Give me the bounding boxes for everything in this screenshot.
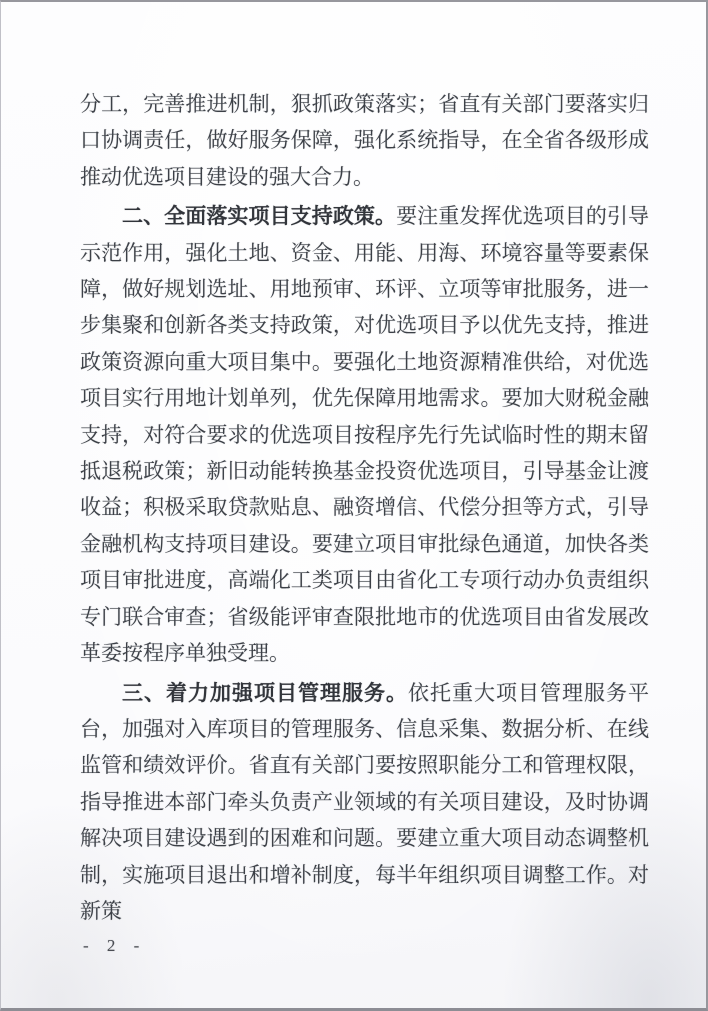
- section-2-heading: 二、全面落实项目支持政策。: [122, 204, 396, 228]
- scanned-document-page: 分工，完善推进机制，狠抓政策落实；省直有关部门要落实归口协调责任，做好服务保障，…: [0, 0, 708, 1011]
- section-3-text: 依托重大项目管理服务平台，加强对入库项目的管理服务、信息采集、数据分析、在线监管…: [80, 681, 649, 923]
- paragraph-continuation: 分工，完善推进机制，狠抓政策落实；省直有关部门要落实归口协调责任，做好服务保障，…: [80, 86, 649, 195]
- document-body: 分工，完善推进机制，狠抓政策落实；省直有关部门要落实归口协调责任，做好服务保障，…: [80, 86, 649, 929]
- paragraph-section-2: 二、全面落实项目支持政策。要注重发挥优选项目的引导示范作用，强化土地、资金、用能…: [80, 198, 649, 671]
- section-3-heading: 三、着力加强项目管理服务。: [122, 681, 408, 705]
- paragraph-section-3: 三、着力加强项目管理服务。依托重大项目管理服务平台，加强对入库项目的管理服务、信…: [80, 675, 649, 930]
- paragraph-text: 分工，完善推进机制，狠抓政策落实；省直有关部门要落实归口协调责任，做好服务保障，…: [80, 92, 649, 189]
- section-2-text: 要注重发挥优选项目的引导示范作用，强化土地、资金、用能、用海、环境容量等要素保障…: [80, 204, 649, 665]
- page-number: - 2 -: [83, 936, 146, 956]
